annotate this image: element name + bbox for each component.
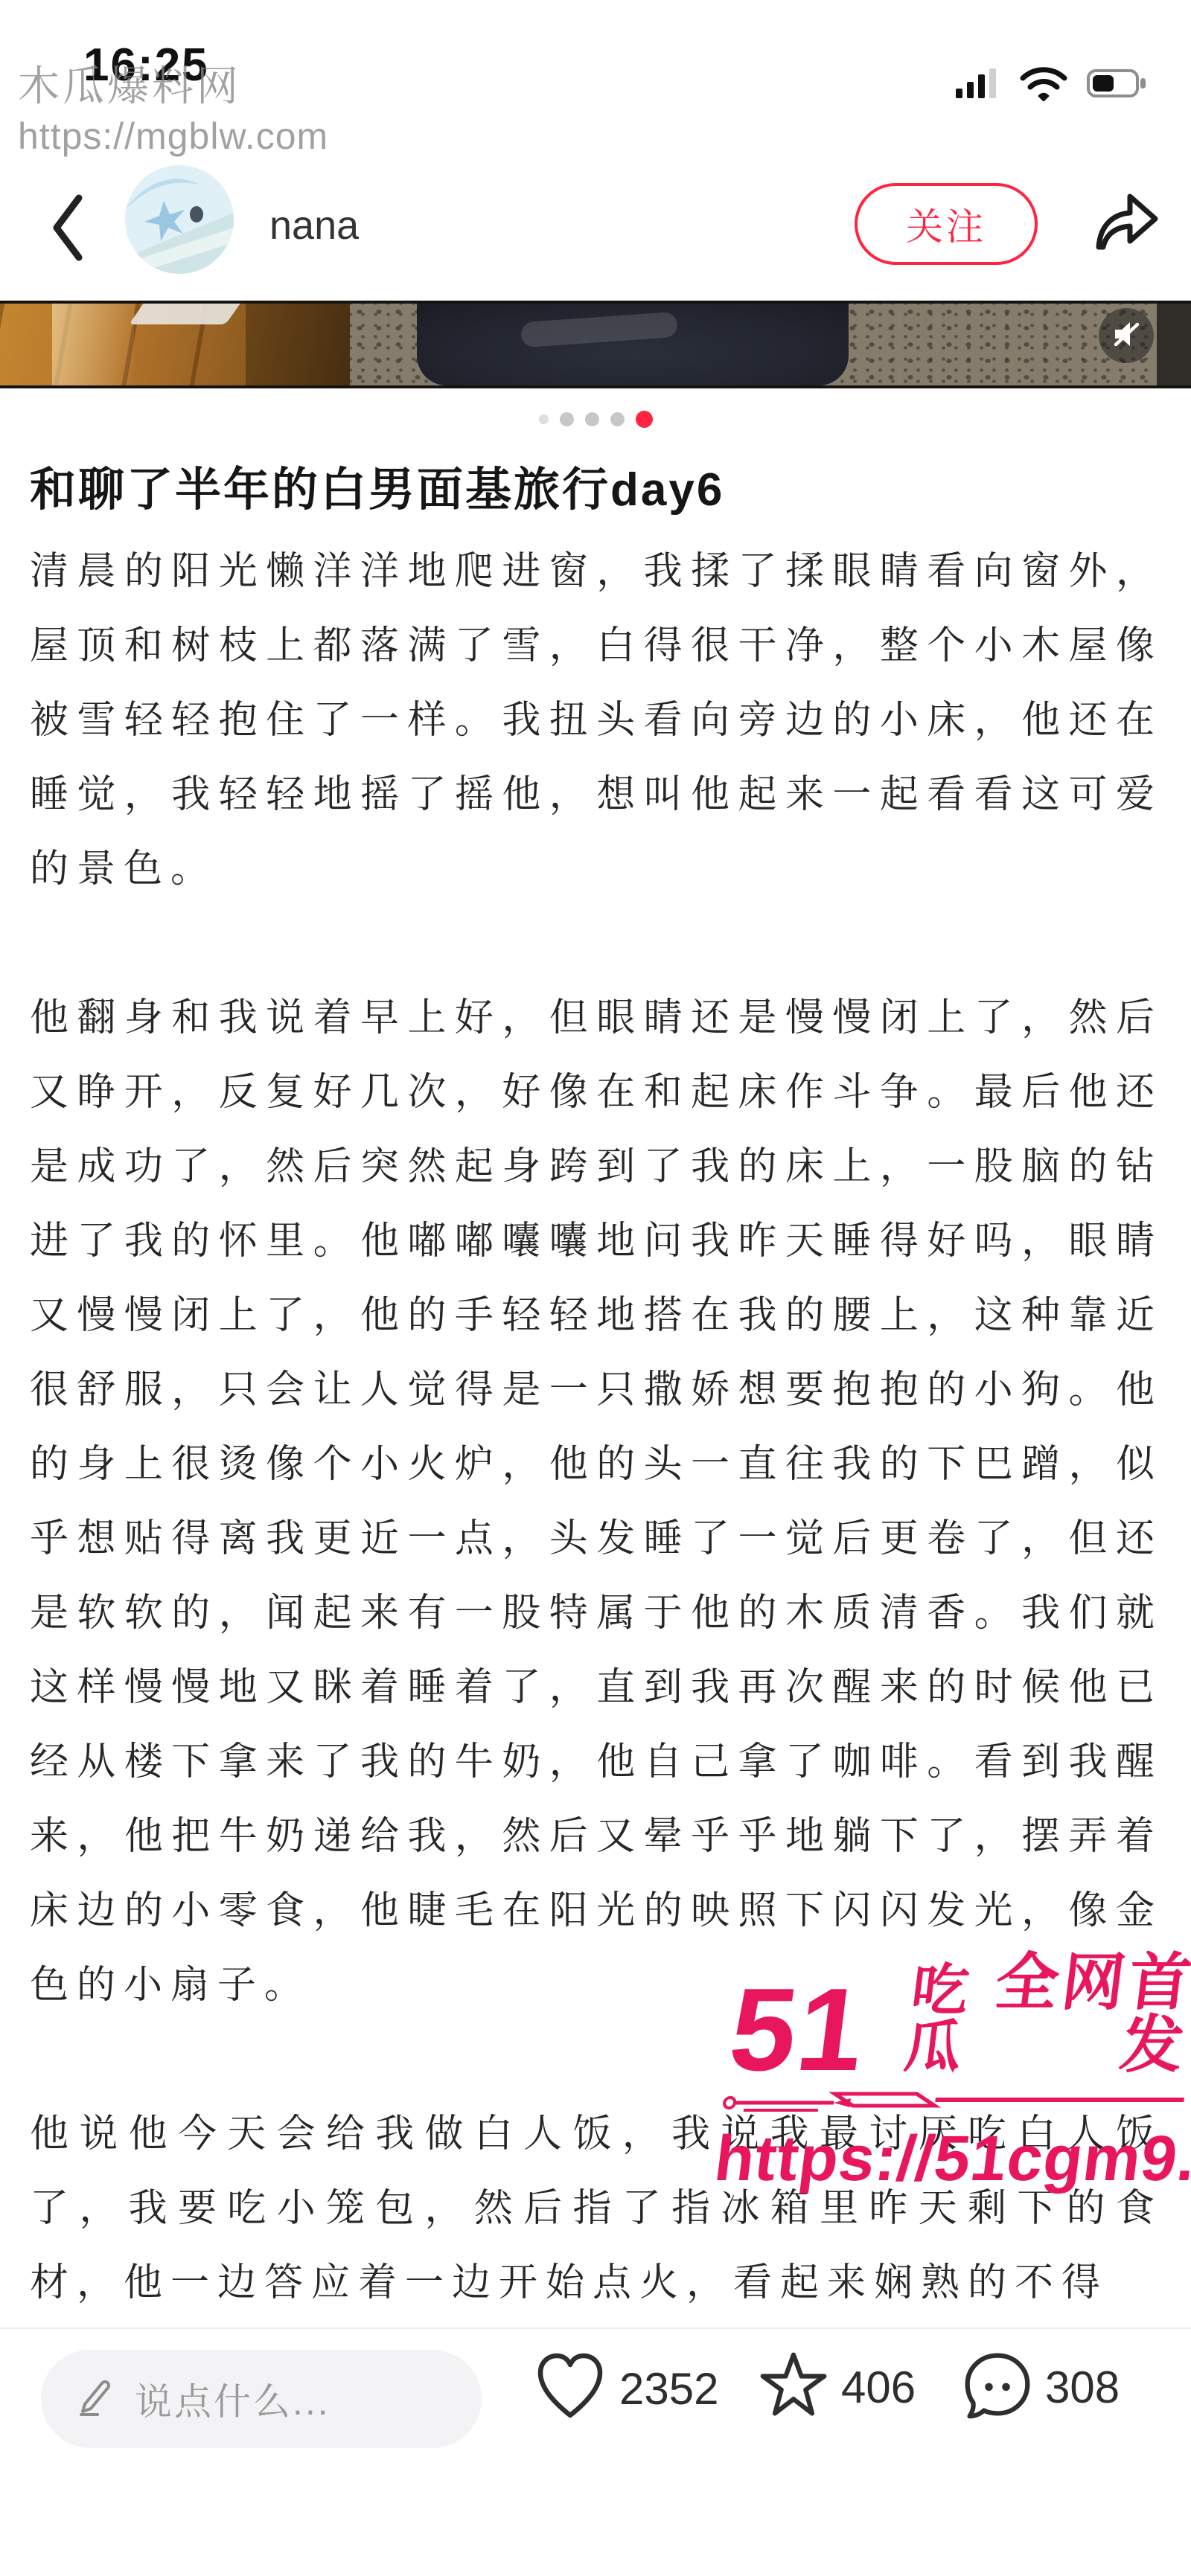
favorite-count: 406 xyxy=(841,2362,916,2413)
mute-button[interactable] xyxy=(1099,308,1154,363)
carousel-dot xyxy=(610,412,625,426)
carousel-dot-active xyxy=(636,411,653,428)
promo-name: 吃瓜 xyxy=(869,1963,975,2079)
promo-circuit-decoration xyxy=(721,2086,1190,2118)
favorite-button[interactable]: 406 xyxy=(758,2350,916,2425)
cellular-signal-icon xyxy=(954,68,1000,103)
speaker-muted-icon xyxy=(1110,318,1143,354)
share-arrow-icon xyxy=(1085,249,1160,262)
media-white-object xyxy=(129,301,243,324)
comment-count: 308 xyxy=(1045,2362,1120,2413)
share-button[interactable] xyxy=(1085,185,1160,259)
follow-button[interactable]: 关注 xyxy=(855,183,1038,265)
comment-placeholder: 说点什么... xyxy=(135,2372,331,2426)
post-media[interactable] xyxy=(0,301,1191,388)
battery-icon xyxy=(1087,68,1149,103)
media-wood-highlight xyxy=(52,304,134,385)
bottom-bar: 说点什么... 2352 406 xyxy=(0,2327,1191,2576)
site-watermark-url: https://mgblw.com xyxy=(18,118,328,155)
username[interactable]: nana xyxy=(269,202,359,249)
promo-url: https://51cgm9.com xyxy=(711,2122,1185,2196)
post-paragraph: 清晨的阳光懒洋洋地爬进窗，我揉了揉眼睛看向窗外，屋顶和树枝上都落满了雪，白得很干… xyxy=(30,534,1163,906)
app-screen: 16:25 木瓜爆料网 https xyxy=(0,0,1191,2576)
chevron-left-icon xyxy=(46,254,91,266)
post-paragraph: 他翻身和我说着早上好，但眼睛还是慢慢闭上了，然后又睁开，反复好几次，好像在和起床… xyxy=(30,981,1163,2022)
promo-tagline: 全网首发 xyxy=(980,1951,1191,2079)
like-count: 2352 xyxy=(619,2363,718,2415)
star-icon xyxy=(758,2350,829,2425)
carousel-dot xyxy=(560,412,574,426)
wifi-icon xyxy=(1020,65,1067,105)
promo-number: 51 xyxy=(725,1982,871,2079)
avatar[interactable] xyxy=(125,165,234,274)
carousel-dot xyxy=(539,414,549,424)
comment-button[interactable]: 308 xyxy=(962,2350,1120,2425)
like-button[interactable]: 2352 xyxy=(533,2350,718,2428)
post-title: 和聊了半年的白男面基旅行day6 xyxy=(30,452,1161,519)
back-button[interactable] xyxy=(46,192,91,263)
media-right-shadow xyxy=(1157,304,1191,385)
site-watermark: 木瓜爆料网 https://mgblw.com xyxy=(18,65,328,155)
comment-bubble-icon xyxy=(962,2350,1033,2425)
pencil-icon xyxy=(75,2377,115,2421)
promo-watermark: 51 吃瓜 全网首发 https://51cgm9.com xyxy=(711,1951,1191,2196)
heart-icon xyxy=(533,2350,607,2428)
site-watermark-name: 木瓜爆料网 xyxy=(18,65,328,107)
comment-input[interactable]: 说点什么... xyxy=(41,2350,482,2448)
carousel-dot xyxy=(585,412,599,426)
follow-label: 关注 xyxy=(906,197,986,251)
status-icons xyxy=(954,65,1149,105)
carousel-dots xyxy=(0,411,1191,428)
